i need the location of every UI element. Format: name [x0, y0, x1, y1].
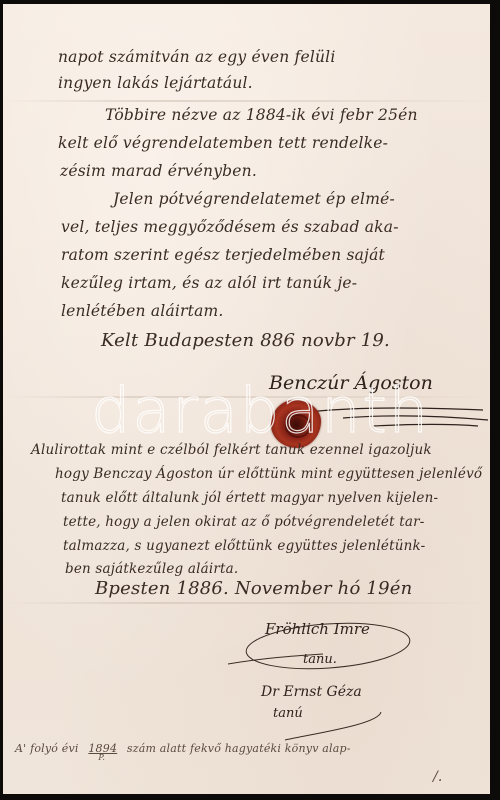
dateline: Kelt Budapesten 886 novbr 19. [101, 330, 390, 351]
footnote-number-sub: P. [98, 753, 105, 762]
witness-signature-1: Fröhlich Imre [265, 620, 370, 638]
document-page: napot számitván az egy éven felüli ingye… [3, 4, 490, 794]
body-line-2: ingyen lakás lejártatául. [58, 74, 253, 92]
witness-dateline: Bpesten 1886. November hó 19én [95, 578, 412, 599]
body-line-7: vel, teljes meggyőződésem és szabad aka- [61, 218, 399, 236]
witness-line-1: Alulirottak mint e czélból felkért tanuk… [31, 442, 432, 458]
witness-line-6: ben sajátkezűleg aláirta. [65, 561, 238, 577]
body-line-8: ratom szerint egész terjedelmében saját [61, 246, 385, 264]
footnote-text-before: A' folyó évi [15, 742, 79, 755]
footnote-line: A' folyó évi 1894P. szám alatt fekvő hag… [15, 742, 351, 755]
witness-line-3: tanuk előtt általunk jól értett magyar n… [61, 490, 438, 506]
body-line-10: lenlétében aláirtam. [61, 302, 224, 320]
witness-line-4: tette, hogy a jelen okirat az ő pótvégre… [63, 514, 425, 530]
body-line-5: zésim marad érvényben. [60, 162, 257, 180]
watermark: darabanth [91, 374, 430, 447]
body-line-3: Többire nézve az 1884-ik évi febr 25én [105, 106, 418, 124]
body-line-9: kezűleg irtam, és az alól irt tanúk je- [61, 274, 357, 292]
paper-fold-line [3, 100, 490, 102]
witness-signature-2: Dr Ernst Géza [261, 684, 362, 700]
footnote-number: 1894P. [88, 742, 117, 755]
body-line-1: napot számitván az egy éven felüli [58, 48, 335, 66]
footnote-continuation: /. [433, 769, 443, 785]
footnote-text-after: szám alatt fekvő hagyatéki könyv alap- [127, 742, 351, 755]
witness-line-5: talmazza, s ugyanezt előttünk együttes j… [63, 538, 425, 554]
witness-line-2: hogy Benczay Ágoston úr előttünk mint eg… [55, 466, 482, 482]
body-line-6: Jelen pótvégrendelatemet ép elmé- [113, 190, 395, 208]
witness-2-flourish-icon [283, 704, 393, 744]
witness-role-1: tanu. [303, 652, 337, 667]
body-line-4: kelt elő végrendelatemben tett rendelke- [58, 134, 388, 152]
paper-fold-line [3, 602, 490, 604]
